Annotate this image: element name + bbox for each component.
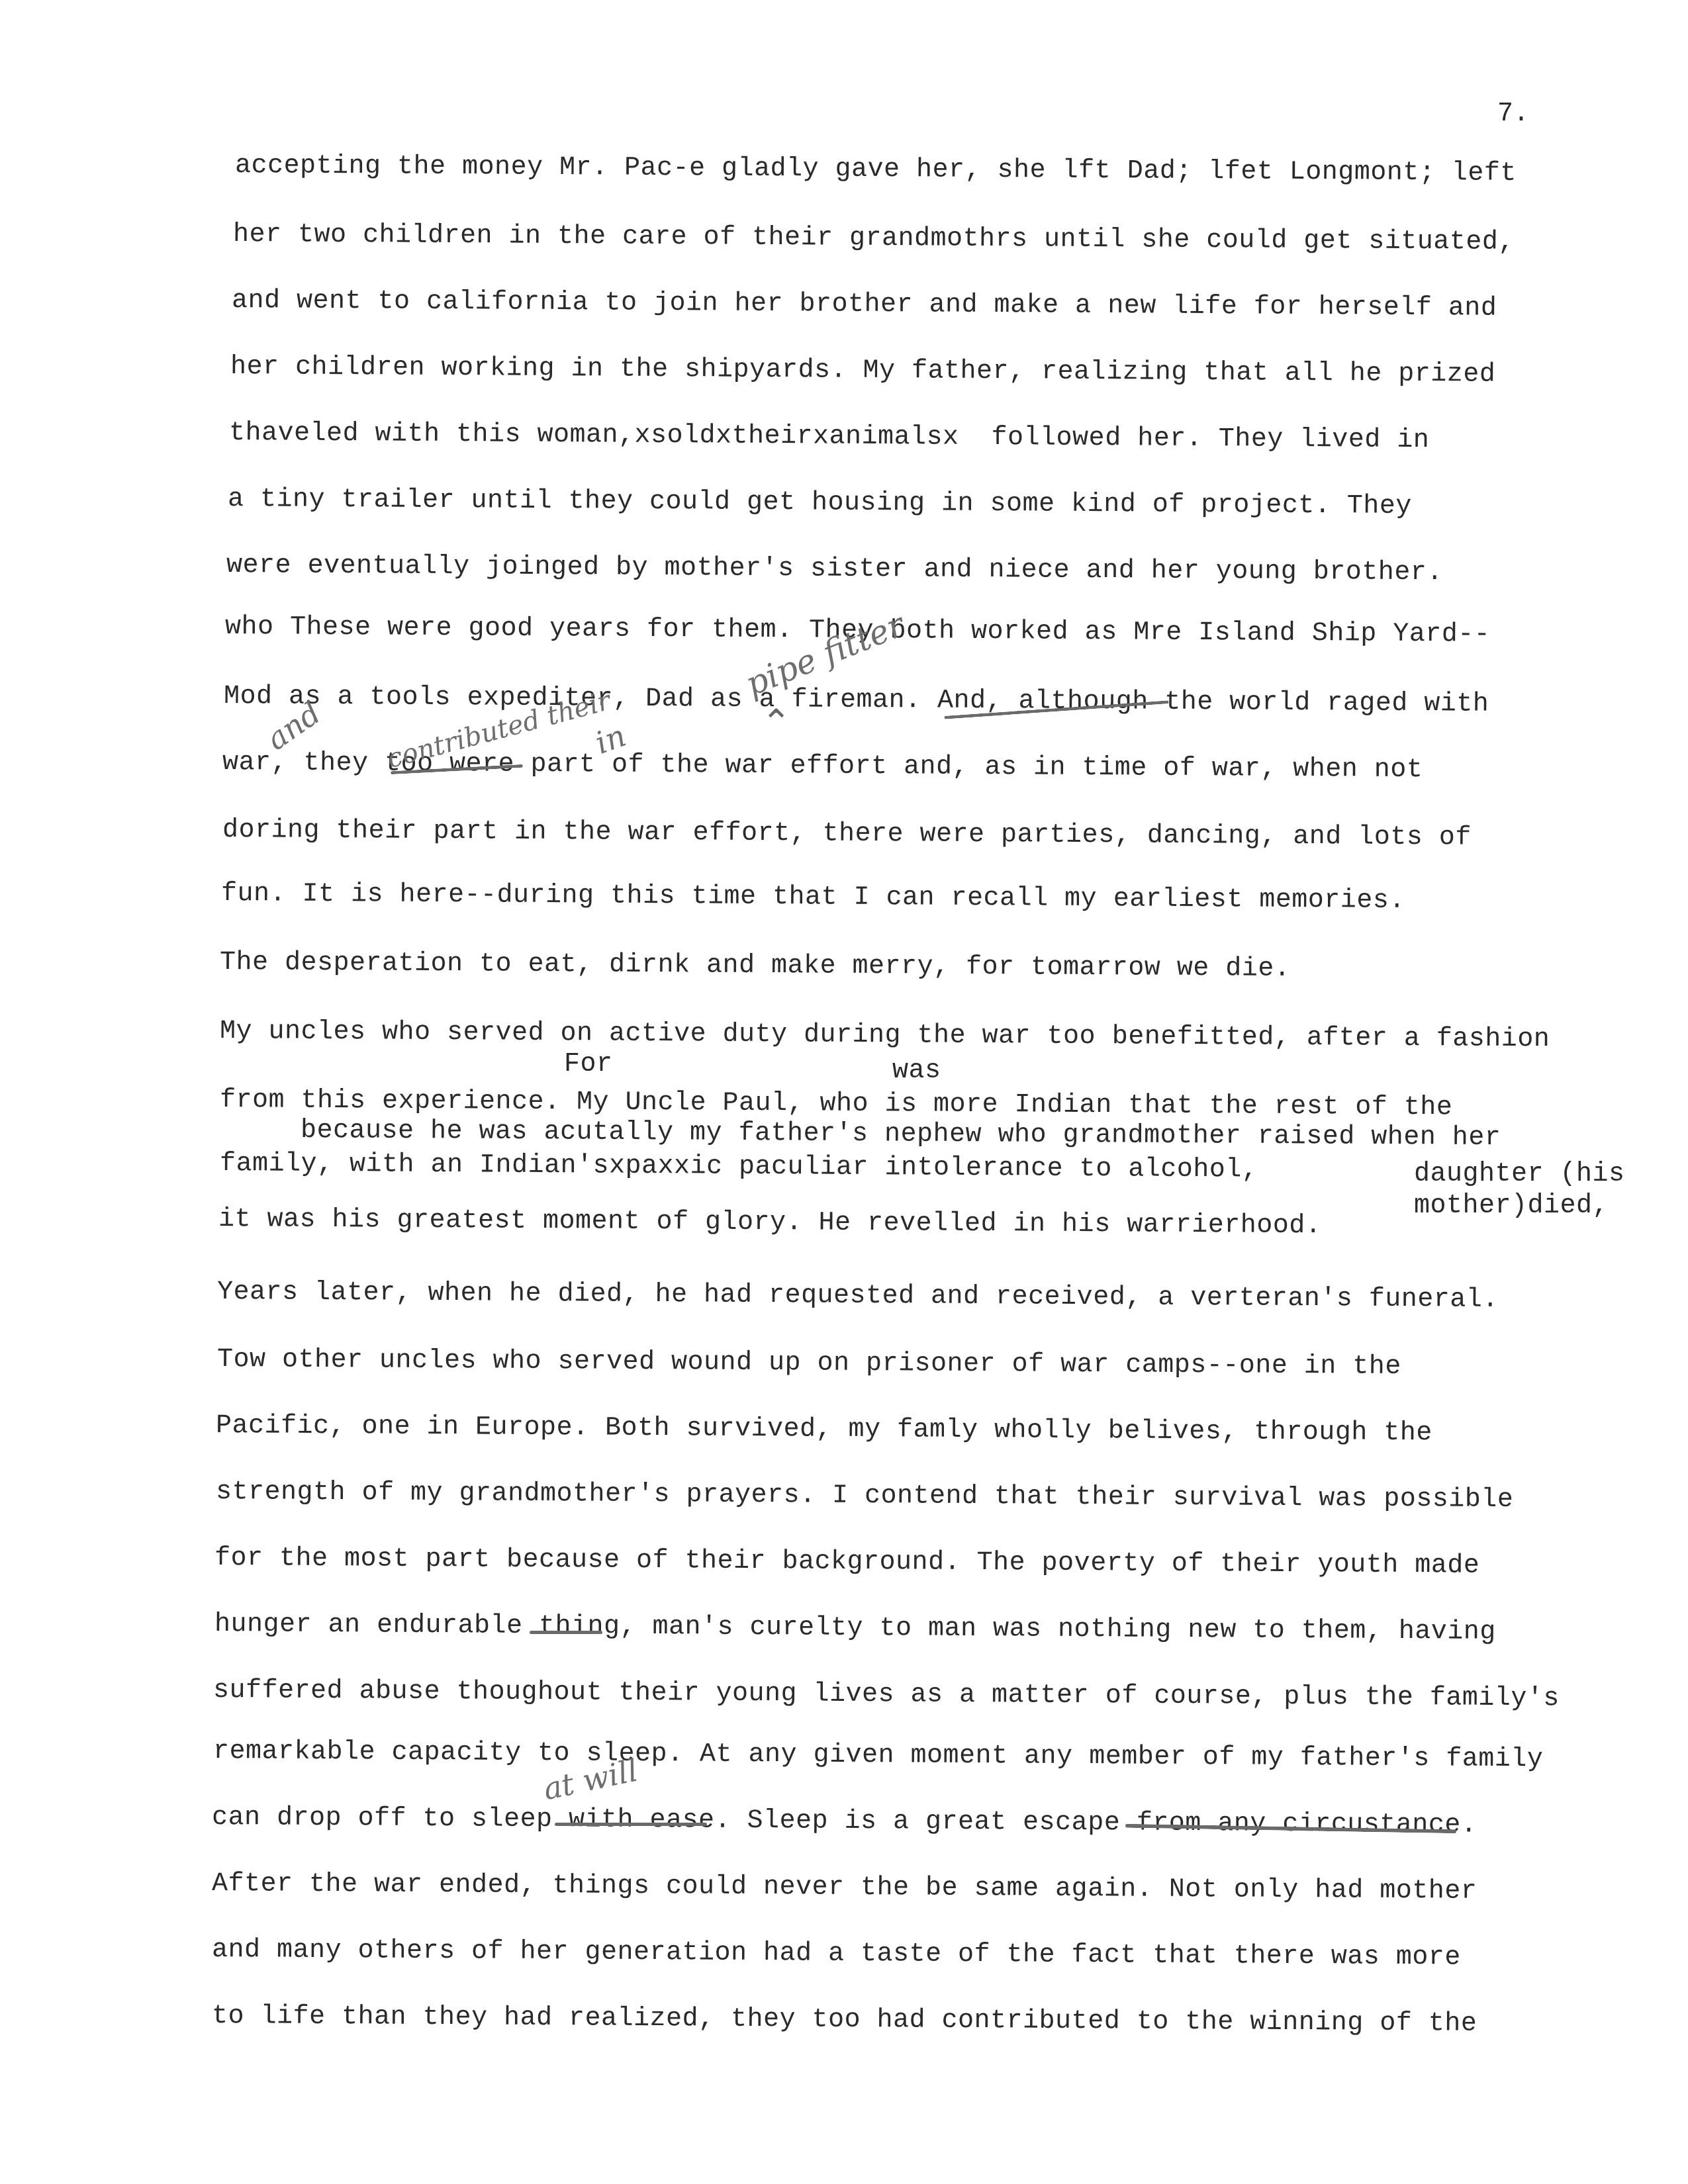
text-line: and went to california to join her broth… [232, 286, 1497, 324]
text-line: and many others of her generation had a … [212, 1935, 1461, 1973]
text-line: her two children in the care of their gr… [233, 220, 1515, 257]
margin-note-line-1: daughter (his [1414, 1160, 1625, 1189]
text-line: thaveled with this woman,xsoldxtheirxani… [229, 418, 1430, 455]
text-line: family, with an Indian'sxpaxxic paculiar… [220, 1149, 1258, 1185]
text-line: a tiny trailer until they could get hous… [228, 484, 1412, 522]
text-line: fun. It is here--during this time that I… [221, 879, 1405, 916]
text-line: Pacific, one in Europe. Both survived, m… [216, 1411, 1432, 1448]
insertion-caret-icon: ⌃ [761, 702, 791, 743]
strikeout-thing [530, 1631, 602, 1634]
text-line: Tow other uncles who served wound up on … [217, 1345, 1401, 1382]
text-line: The desperation to eat, dirnk and make m… [220, 948, 1291, 984]
text-line: for the most part because of their backg… [214, 1543, 1480, 1581]
text-line: to life than they had realized, they too… [212, 2001, 1477, 2039]
text-line: were eventually joinged by mother's sist… [226, 551, 1443, 588]
document-page: 7. accepting the money Mr. Pac-e gladly … [0, 0, 1688, 2184]
page-number: 7. [1497, 99, 1529, 129]
insertion-for: For [564, 1050, 613, 1079]
text-line: Mod as a tools expediter, Dad as a firem… [224, 682, 1489, 719]
text-line: her children working in the shipyards. M… [230, 352, 1496, 390]
text-line: Years later, when he died, he had reques… [217, 1277, 1499, 1315]
text-line: strength of my grandmother's prayers. I … [216, 1477, 1514, 1515]
text-line: After the war ended, things could never … [212, 1869, 1477, 1907]
text-line: it was his greatest moment of glory. He … [218, 1205, 1322, 1241]
text-line: doring their part in the war effort, the… [222, 815, 1472, 853]
text-line: remarkable capacity to sleep. At any giv… [213, 1737, 1544, 1774]
strikeout-with-ease [555, 1823, 707, 1826]
insertion-was: was [892, 1056, 941, 1086]
text-line: suffered abuse thoughout their young liv… [213, 1676, 1560, 1713]
text-line: accepting the money Mr. Pac-e gladly gav… [235, 151, 1517, 189]
text-line: My uncles who served on active duty duri… [220, 1017, 1550, 1054]
text-line: hunger an endurable thing, man's curelty… [214, 1610, 1496, 1647]
margin-note-line-2: mother)died, [1414, 1191, 1609, 1221]
text-line: can drop off to sleep with ease. Sleep i… [212, 1803, 1477, 1841]
